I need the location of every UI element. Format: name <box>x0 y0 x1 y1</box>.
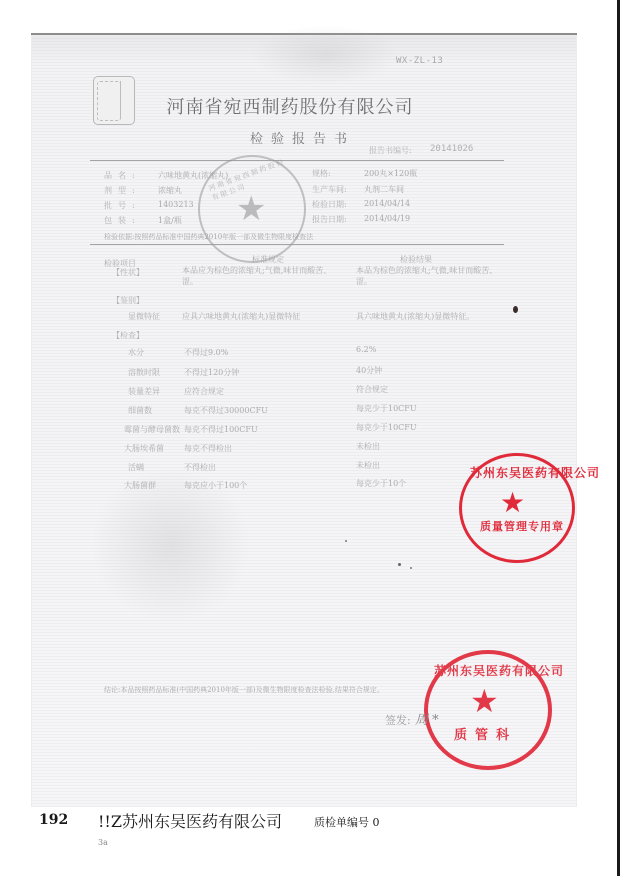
standard-mold-yeast: 每克不得过100CFU <box>184 424 258 435</box>
issuer-seal: 河南省宛西制药股份有限公司 ★ <box>198 155 306 263</box>
item-microscopy: 显微特征 <box>128 311 160 322</box>
company-seal-dept: 质管科 <box>454 724 517 743</box>
standard-moisture: 不得过9.0% <box>184 347 228 358</box>
standard-disintegration: 不得过120分钟 <box>184 367 239 378</box>
result-bacteria: 每克少于10CFU <box>356 403 417 414</box>
scan-speck <box>398 563 401 566</box>
result-appearance: 本品为棕色的浓缩丸;气微,味甘而酸苦、涩。 <box>356 265 506 287</box>
logo-bar <box>120 81 131 119</box>
footer-mark: 3a <box>98 838 108 847</box>
header-rule-bottom <box>90 244 504 245</box>
result-disintegration: 40分钟 <box>356 365 382 376</box>
standard-fill-variation: 应符合规定 <box>184 386 224 397</box>
item-fill-variation: 装量差异 <box>128 386 160 397</box>
field-label-report-date: 报告日期: <box>312 214 347 225</box>
item-bacteria: 细菌数 <box>128 405 152 416</box>
field-inspection-date: 2014/04/14 <box>364 199 410 208</box>
field-label-package: 包装: <box>104 215 141 226</box>
field-dosage-form: 浓缩丸 <box>158 185 182 196</box>
field-label-dosage-form: 剂型: <box>104 185 141 196</box>
field-report-date: 2014/04/19 <box>364 214 410 223</box>
col-header-result: 检验结果 <box>400 254 432 265</box>
footer-company-name: !!Z苏州东吴医药有限公司 <box>98 809 282 832</box>
field-workshop: 丸剂二车间 <box>364 184 404 195</box>
field-spec: 200丸×120瓶 <box>364 168 417 179</box>
item-mites: 活螨 <box>128 462 144 473</box>
standard-ecoli: 每克不得检出 <box>184 443 232 454</box>
field-label-batch: 批号: <box>104 200 141 211</box>
field-label-spec: 规格: <box>312 168 331 179</box>
company-seal-name: 苏州东吴医药有限公司 <box>434 662 564 679</box>
company-logo-icon <box>93 76 135 125</box>
star-icon: ★ <box>470 682 499 720</box>
result-fill-variation: 符合规定 <box>356 384 388 395</box>
quality-seal-company: 苏州东吴医药有限公司 <box>470 464 600 481</box>
field-batch: 1403213 <box>158 200 194 209</box>
form-code: WX-ZL-13 <box>396 56 443 66</box>
standard-appearance: 本品应为棕色的浓缩丸;气微,味甘而酸苦、涩。 <box>182 265 342 287</box>
item-ecoli: 大肠埃希菌 <box>124 443 164 454</box>
scan-speck <box>513 306 518 313</box>
star-icon: ★ <box>236 189 266 229</box>
section-identification: 【鉴别】 <box>112 295 144 306</box>
result-coliform: 每克少于10个 <box>356 478 406 489</box>
col-header-standard: 标准规定 <box>252 254 284 265</box>
header-rule-top <box>90 160 504 161</box>
result-moisture: 6.2% <box>356 345 376 354</box>
signature: 周 * <box>415 709 439 728</box>
standard-coliform: 每克应小于100个 <box>184 480 247 491</box>
conclusion: 结论:本品按照药品标准(中国药典2010年版一部)及微生物限度检查法检验,结果符… <box>104 685 384 695</box>
scan-speck <box>345 540 347 542</box>
page-number: 192 <box>39 812 68 828</box>
quality-management-seal: 苏州东吴医药有限公司 ★ 质量管理专用章 <box>459 453 575 563</box>
report-number: 20141026 <box>430 144 473 154</box>
signature-label: 签发: <box>385 712 411 728</box>
result-mites: 未检出 <box>356 460 380 471</box>
field-label-workshop: 生产车间: <box>312 184 347 195</box>
item-coliform: 大肠菌群 <box>124 480 156 491</box>
scan-smudge <box>251 25 401 85</box>
star-icon: ★ <box>500 486 525 519</box>
result-microscopy: 具六味地黄丸(浓缩丸)显微特征。 <box>356 311 474 322</box>
report-title: 检验报告书 <box>250 128 355 147</box>
item-disintegration: 溶散时限 <box>128 367 160 378</box>
section-tests: 【检查】 <box>112 330 144 341</box>
item-moisture: 水分 <box>128 347 144 358</box>
field-label-product-name: 品名: <box>104 170 141 181</box>
standard-mites: 不得检出 <box>184 462 216 473</box>
quality-seal-purpose: 质量管理专用章 <box>480 518 564 534</box>
scan-speck <box>410 567 412 569</box>
logo-figure <box>97 81 121 121</box>
report-number-label: 报告书编号: <box>369 145 412 156</box>
item-mold-yeast: 霉菌与酵母菌数 <box>124 424 180 435</box>
result-mold-yeast: 每克少于10CFU <box>356 422 417 433</box>
qc-form-number: 质检单编号 0 <box>314 814 380 830</box>
issuing-company-name: 河南省宛西制药股份有限公司 <box>150 93 430 119</box>
section-appearance: 【性状】 <box>112 267 144 278</box>
field-label-inspection-date: 检验日期: <box>312 199 347 210</box>
result-ecoli: 未检出 <box>356 441 380 452</box>
company-quality-dept-seal: 苏州东吴医药有限公司 ★ 质管科 <box>424 650 552 770</box>
standard-bacteria: 每克不得过30000CFU <box>184 405 268 416</box>
field-package: 1盒/瓶 <box>158 215 182 226</box>
standard-microscopy: 应具六味地黄丸(浓缩丸)显微特征 <box>182 311 300 322</box>
